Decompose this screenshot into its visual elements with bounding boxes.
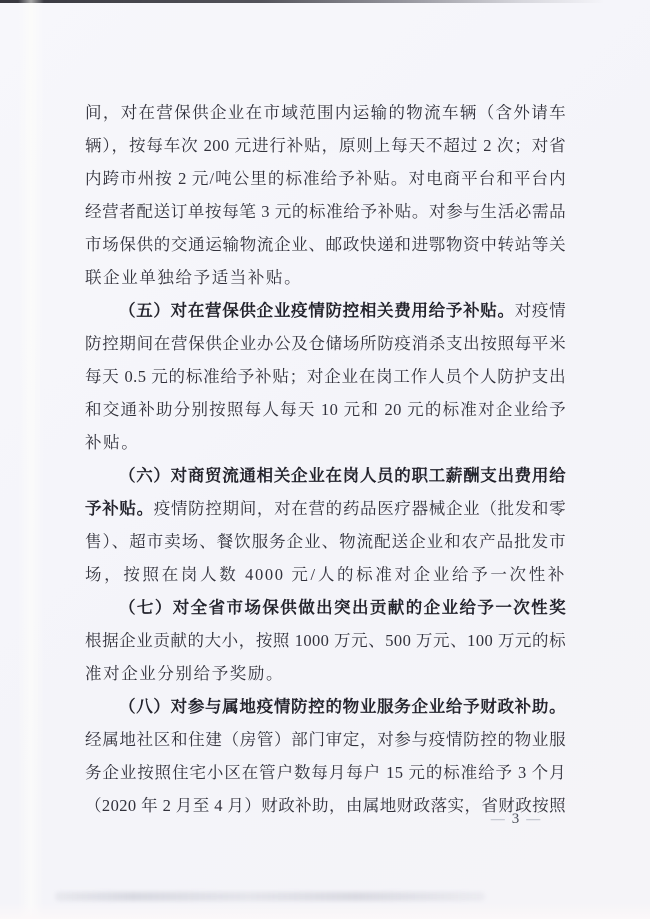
scanned-document-page: 间，对在营保供企业在市域范围内运输的物流车辆（含外请车辆），按每车次 200 元… [0,0,650,919]
paragraph: （七）对全省市场保供做出突出贡献的企业给予一次性奖励。根据企业贡献的大小，按照 … [85,591,566,690]
text-line: 予补贴。疫情防控期间，对在营的药品医疗器械企业（批发和零 [85,492,566,525]
page-number-value: 3 [512,811,521,827]
emphasis-text: 予补贴。 [85,499,154,518]
text-line: 务企业按照住宅小区在管户数每月每户 15 元的标准给予 3 个月 [85,756,566,789]
paragraph: （五）对在营保供企业疫情防控相关费用给予补贴。对疫情防控期间在营保供企业办公及仓… [85,294,566,459]
body-text: 联企业单独给予适当补贴。 [85,268,302,287]
text-line: （五）对在营保供企业疫情防控相关费用给予补贴。对疫情 [85,294,566,327]
text-line: 场，按照在岗人数 4000 元/人的标准对企业给予一次性补贴。 [85,558,566,591]
emphasis-text: （七）对全省市场保供做出突出贡献的企业给予一次性奖励。 [85,598,566,624]
text-line: 联企业单独给予适当补贴。 [85,261,566,294]
page-number-right-dash: — [520,812,547,827]
body-text: 准对企业分别给予奖励。 [85,664,284,683]
text-line: 准对企业分别给予奖励。 [85,657,566,690]
text-line: （八）对参与属地疫情防控的物业服务企业给予财政补助。 [85,690,566,723]
text-line: 售）、超市卖场、餐饮服务企业、物流配送企业和农产品批发市 [85,525,566,558]
scan-bottom-fade-artifact [0,903,650,919]
body-text: 经营者配送订单按每笔 3 元的标准给予补贴。对参与生活必需品 [85,202,566,221]
emphasis-text: （八）对参与属地疫情防控的物业服务企业给予财政补助。 [119,697,566,716]
paragraph: （六）对商贸流通相关企业在岗人员的职工薪酬支出费用给予补贴。疫情防控期间，对在营… [85,459,566,591]
body-text: 务企业按照住宅小区在管户数每月每户 15 元的标准给予 3 个月 [85,763,566,782]
body-text: 场，按照在岗人数 4000 元/人的标准对企业给予一次性补贴。 [85,565,566,591]
paragraph: 间，对在营保供企业在市域范围内运输的物流车辆（含外请车辆），按每车次 200 元… [85,96,566,294]
body-text: 内跨市州按 2 元/吨公里的标准给予补贴。对电商平台和平台内 [85,169,566,188]
body-text: 和交通补助分别按照每人每天 10 元和 20 元的标准对企业给予 [85,400,566,419]
text-line: （七）对全省市场保供做出突出贡献的企业给予一次性奖励。 [85,591,566,624]
text-line: 经属地社区和住建（房管）部门审定，对参与疫情防控的物业服 [85,723,566,756]
text-line: 和交通补助分别按照每人每天 10 元和 20 元的标准对企业给予 [85,393,566,426]
body-text: 防控期间在营保供企业办公及仓储场所防疫消杀支出按照每平米 [85,334,566,353]
text-line: 内跨市州按 2 元/吨公里的标准给予补贴。对电商平台和平台内 [85,162,566,195]
emphasis-text: （五）对在营保供企业疫情防控相关费用给予补贴。 [119,301,515,320]
body-text: 售）、超市卖场、餐饮服务企业、物流配送企业和农产品批发市 [85,532,566,551]
scan-left-glare-artifact [18,0,44,919]
body-text: 补贴。 [85,433,139,452]
scan-bottom-smudge-artifact [55,892,485,901]
body-text: 疫情防控期间，对在营的药品医疗器械企业（批发和零 [154,499,566,518]
page-number-left-dash: — [485,812,512,827]
text-line: 每天 0.5 元的标准给予补贴；对企业在岗工作人员个人防护支出 [85,360,566,393]
emphasis-text: （六）对商贸流通相关企业在岗人员的职工薪酬支出费用给 [119,466,566,485]
page-number: —3— [460,806,572,832]
text-line: 间，对在营保供企业在市域范围内运输的物流车辆（含外请车 [85,96,566,129]
text-line: 经营者配送订单按每笔 3 元的标准给予补贴。对参与生活必需品 [85,195,566,228]
text-line: 补贴。 [85,426,566,459]
scan-top-edge-artifact [0,0,650,3]
text-line: 根据企业贡献的大小，按照 1000 万元、500 万元、100 万元的标 [85,624,566,657]
paragraph: （八）对参与属地疫情防控的物业服务企业给予财政补助。经属地社区和住建（房管）部门… [85,690,566,822]
body-text: 每天 0.5 元的标准给予补贴；对企业在岗工作人员个人防护支出 [85,367,566,386]
text-line: 防控期间在营保供企业办公及仓储场所防疫消杀支出按照每平米 [85,327,566,360]
body-text: 间，对在营保供企业在市域范围内运输的物流车辆（含外请车 [85,103,566,122]
body-text: 经属地社区和住建（房管）部门审定，对参与疫情防控的物业服 [85,730,566,749]
body-text: 根据企业贡献的大小，按照 1000 万元、500 万元、100 万元的标 [85,631,566,650]
body-text: 对疫情 [515,301,566,320]
text-block: 间，对在营保供企业在市域范围内运输的物流车辆（含外请车辆），按每车次 200 元… [85,96,566,822]
body-text: 市场保供的交通运输物流企业、邮政快递和进鄂物资中转站等关 [85,235,566,254]
text-line: 市场保供的交通运输物流企业、邮政快递和进鄂物资中转站等关 [85,228,566,261]
text-line: （六）对商贸流通相关企业在岗人员的职工薪酬支出费用给 [85,459,566,492]
text-line: 辆），按每车次 200 元进行补贴，原则上每天不超过 2 次；对省 [85,129,566,162]
body-text: 辆），按每车次 200 元进行补贴，原则上每天不超过 2 次；对省 [85,136,566,155]
